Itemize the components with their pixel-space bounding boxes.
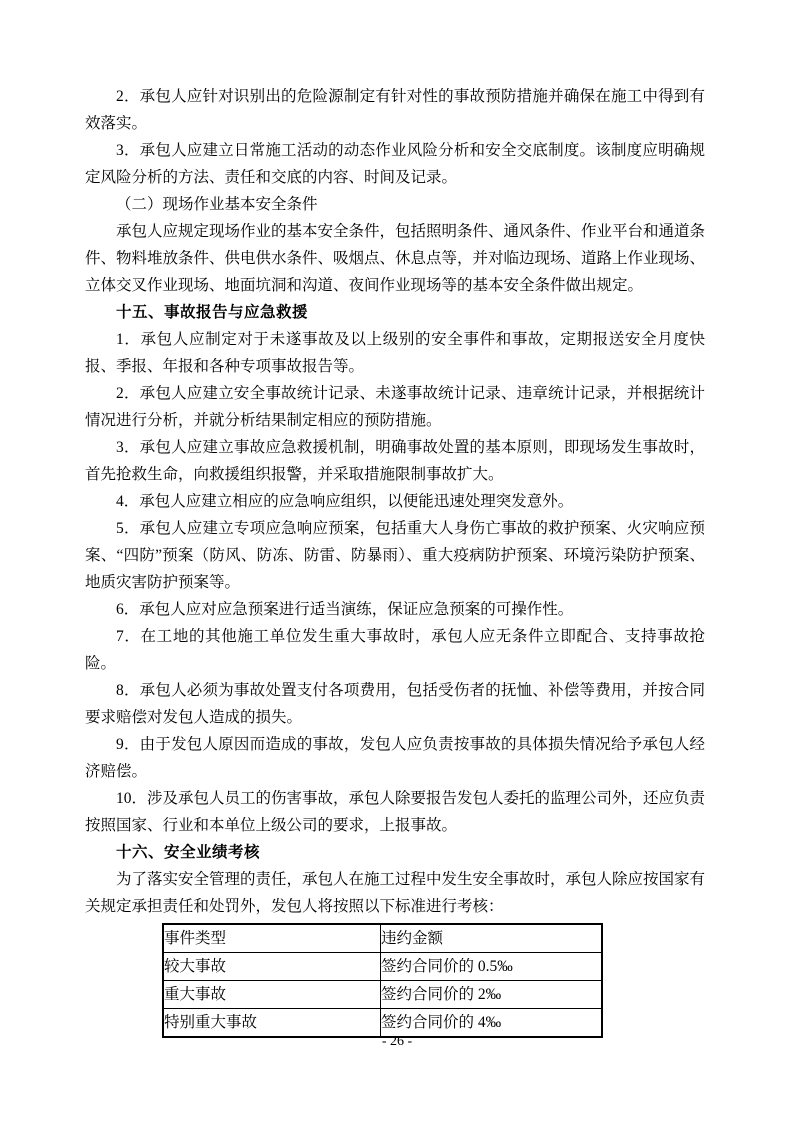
table-row: 较大事故 签约合同价的 0.5‰ bbox=[163, 953, 602, 981]
paragraph-15-item-3: 3．承包人应建立事故应急救援机制，明确事故处置的基本原则，即现场发生事故时，首先… bbox=[85, 434, 705, 488]
paragraph-16-intro: 为了落实安全管理的责任，承包人在施工过程中发生安全事故时，承包人除应按国家有关规… bbox=[85, 866, 705, 920]
penalty-table: 事件类型 违约金额 较大事故 签约合同价的 0.5‰ 重大事故 签约合同价的 2… bbox=[162, 923, 603, 1038]
paragraph-15-item-4: 4．承包人应建立相应的应急响应组织，以便能迅速处理突发意外。 bbox=[85, 488, 705, 515]
paragraph-15-item-8: 8．承包人必须为事故处置支付各项费用，包括受伤者的抚恤、补偿等费用，并按合同要求… bbox=[85, 677, 705, 731]
table-row: 重大事故 签约合同价的 2‰ bbox=[163, 981, 602, 1009]
paragraph-15-item-9: 9．由于发包人原因而造成的事故，发包人应负责按事故的具体损失情况给予承包人经济赔… bbox=[85, 731, 705, 785]
page-number: - 26 - bbox=[0, 1032, 794, 1052]
table-cell-penalty-amount: 签约合同价的 0.5‰ bbox=[381, 953, 603, 981]
subsection-heading-site-safety: （二）现场作业基本安全条件 bbox=[85, 191, 705, 218]
paragraph-item-2: 2．承包人应针对识别出的危险源制定有针对性的事故预防措施并确保在施工中得到有效落… bbox=[85, 83, 705, 137]
document-page: 2．承包人应针对识别出的危险源制定有针对性的事故预防措施并确保在施工中得到有效落… bbox=[0, 0, 794, 1122]
section-heading-16-safety-assessment: 十六、安全业绩考核 bbox=[85, 839, 705, 866]
table-header-penalty-amount: 违约金额 bbox=[381, 924, 603, 953]
paragraph-site-safety-conditions: 承包人应规定现场作业的基本安全条件，包括照明条件、通风条件、作业平台和通道条件、… bbox=[85, 218, 705, 299]
paragraph-15-item-2: 2．承包人应建立安全事故统计记录、未遂事故统计记录、违章统计记录，并根据统计情况… bbox=[85, 380, 705, 434]
table-cell-event-type: 重大事故 bbox=[163, 981, 381, 1009]
table-cell-event-type: 较大事故 bbox=[163, 953, 381, 981]
paragraph-15-item-1: 1．承包人应制定对于未遂事故及以上级别的安全事件和事故，定期报送安全月度快报、季… bbox=[85, 326, 705, 380]
penalty-table-header-row: 事件类型 违约金额 bbox=[163, 924, 602, 953]
table-cell-penalty-amount: 签约合同价的 2‰ bbox=[381, 981, 603, 1009]
paragraph-15-item-7: 7．在工地的其他施工单位发生重大事故时，承包人应无条件立即配合、支持事故抢险。 bbox=[85, 623, 705, 677]
table-header-event-type: 事件类型 bbox=[163, 924, 381, 953]
paragraph-item-3: 3．承包人应建立日常施工活动的动态作业风险分析和安全交底制度。该制度应明确规定风… bbox=[85, 137, 705, 191]
paragraph-15-item-5: 5．承包人应建立专项应急响应预案，包括重大人身伤亡事故的救护预案、火灾响应预案、… bbox=[85, 515, 705, 596]
paragraph-15-item-10: 10．涉及承包人员工的伤害事故，承包人除要报告发包人委托的监理公司外，还应负责按… bbox=[85, 785, 705, 839]
section-heading-15-accident-report: 十五、事故报告与应急救援 bbox=[85, 299, 705, 326]
paragraph-15-item-6: 6．承包人应对应急预案进行适当演练，保证应急预案的可操作性。 bbox=[85, 596, 705, 623]
document-body: 2．承包人应针对识别出的危险源制定有针对性的事故预防措施并确保在施工中得到有效落… bbox=[85, 83, 705, 1038]
